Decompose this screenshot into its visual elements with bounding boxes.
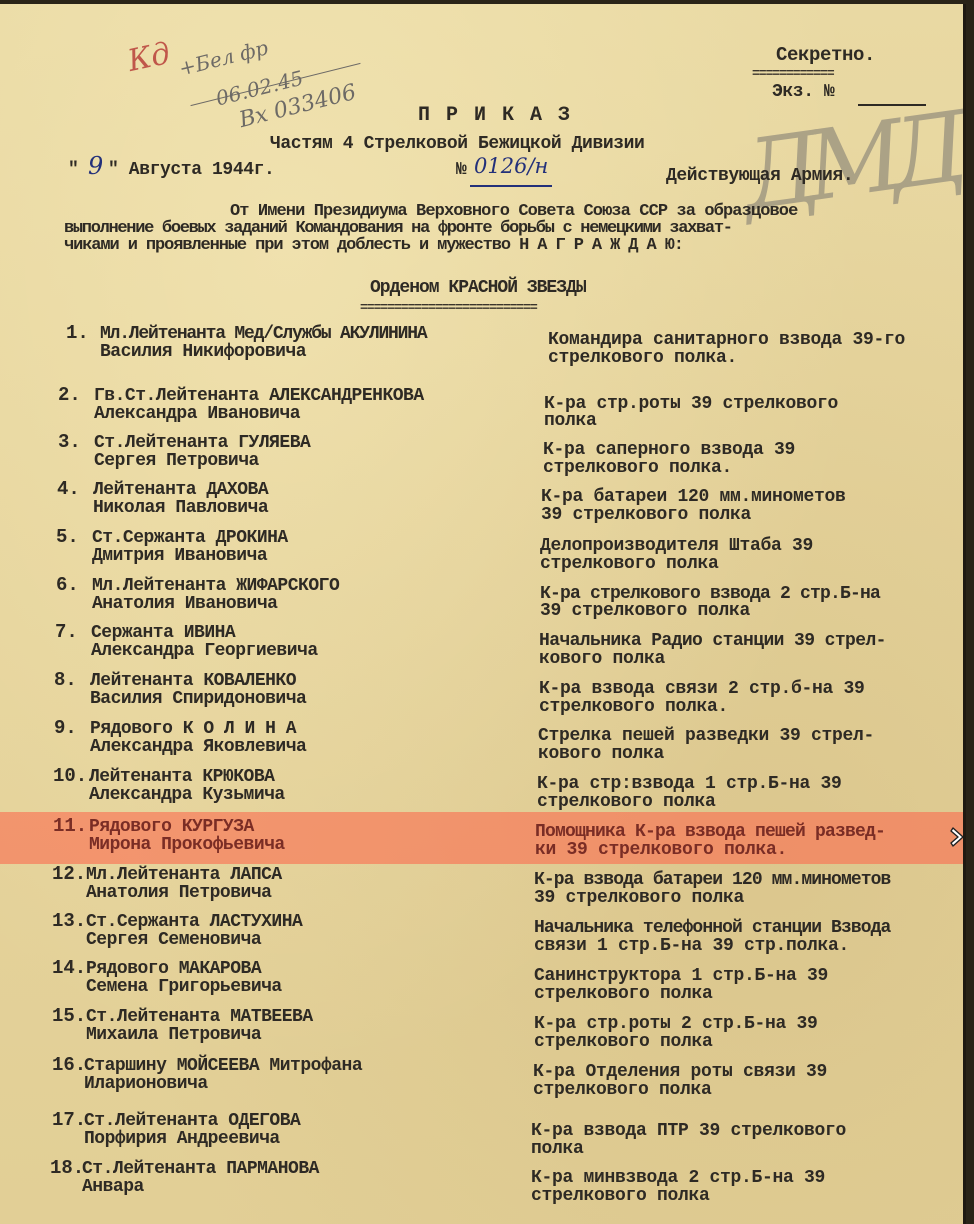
entry-position-line2: ки 39 стрелкового полка.	[535, 840, 787, 860]
entry-rank-surname: Гв.Ст.Лейтенанта АЛЕКСАНДРЕНКОВА	[94, 386, 424, 406]
entry-number: 4.	[57, 478, 80, 500]
entry-number: 15.	[52, 1005, 86, 1027]
entry-number: 13.	[52, 910, 86, 932]
location-label: Действующая Армия.	[666, 166, 853, 186]
entry-given-names: Александра Ивановича	[94, 404, 300, 424]
entry-position-line1: К-ра взвода батареи 120 мм.минометов	[534, 870, 890, 890]
entry-number: 16.	[52, 1054, 86, 1076]
entry-position-line1: К-ра стр.роты 2 стр.Б-на 39	[534, 1014, 818, 1034]
entry-rank-surname: Мл.Лейтенанта ЛАПСА	[86, 865, 282, 885]
entry-position-line2: 39 стрелкового полка	[541, 505, 751, 525]
entry-position-line2: стрелкового полка.	[548, 348, 737, 368]
entry-position-line2: кового полка	[539, 649, 665, 669]
copy-number-label: Экз. №	[772, 82, 834, 102]
entry-given-names: Александра Георгиевича	[91, 641, 318, 661]
entry-position-line1: К-ра саперного взвода 39	[543, 440, 795, 460]
entry-position-line2: связи 1 стр.Б-на 39 стр.полка.	[534, 936, 849, 956]
entry-given-names: Анатолия Ивановича	[92, 594, 277, 614]
entry-position-line1: К-ра батареи 120 мм.минометов	[541, 487, 846, 507]
entry-number: 8.	[54, 669, 77, 691]
entry-number: 6.	[56, 574, 79, 596]
award-title: Орденом КРАСНОЙ ЗВЕЗДЫ	[370, 278, 586, 298]
entry-position-line2: кового полка	[538, 744, 664, 764]
entry-rank-surname: Ст.Лейтенанта ПАРМАНОВА	[82, 1159, 319, 1179]
entry-position-line1: Начальника Радио станции 39 стрел-	[539, 631, 886, 651]
entry-position-line1: Стрелка пешей разведки 39 стрел-	[538, 726, 874, 746]
date-month-year: " Августа 1944г.	[108, 160, 274, 180]
order-number-underline	[470, 185, 552, 187]
entry-position-line1: Командира санитарного взвода 39-го	[548, 330, 905, 350]
entry-position-line2: стрелкового полка.	[543, 458, 732, 478]
entry-position-line1: Санинструктора 1 стр.Б-на 39	[534, 966, 828, 986]
entry-position-line2: стрелкового полка	[534, 1032, 713, 1052]
entry-rank-surname: Мл.Лейтенанта Мед/Службы АКУЛИНИНА	[100, 324, 426, 344]
entry-rank-surname: Лейтенанта КРЮКОВА	[89, 767, 274, 787]
entry-rank-surname: Рядового МАКАРОВА	[86, 959, 261, 979]
entry-number: 1.	[66, 322, 89, 344]
entry-position-line2: полка	[544, 411, 597, 431]
entry-rank-surname: Рядового К О Л И Н А	[90, 719, 296, 739]
date-open-quote: "	[68, 160, 78, 180]
entry-number: 2.	[58, 384, 81, 406]
classification-label: Секретно.	[776, 44, 875, 66]
entry-given-names: Порфирия Андреевича	[84, 1129, 280, 1149]
entry-rank-surname: Ст.Сержанта ЛАСТУХИНА	[86, 912, 302, 932]
entry-position-line2: стрелкового полка	[533, 1080, 712, 1100]
entry-rank-surname: Лейтенанта ДАХОВА	[93, 480, 268, 500]
entry-number: 5.	[56, 526, 79, 548]
entry-given-names: Семена Григорьевича	[86, 977, 282, 997]
chevron-right-icon[interactable]	[950, 826, 966, 848]
pencil-note-line1: +Бел фр	[176, 35, 270, 80]
entry-given-names: Василия Спиридоновича	[90, 689, 306, 709]
entry-position-line1: К-ра минвзвода 2 стр.Б-на 39	[531, 1168, 825, 1188]
entry-rank-surname: Лейтенанта КОВАЛЕНКО	[90, 671, 296, 691]
entry-position-line2: стрелкового полка	[537, 792, 716, 812]
entry-position-line1: Начальника телефонной станции Взвода	[534, 918, 890, 938]
entry-rank-surname: Ст.Лейтенанта ОДЕГОВА	[84, 1111, 300, 1131]
document-title: П Р И К А З	[418, 104, 572, 127]
entry-given-names: Анатолия Петровича	[86, 883, 271, 903]
preamble-line3: чиками и проявленные при этом доблесть и…	[64, 236, 683, 255]
entry-rank-surname: Сержанта ИВИНА	[91, 623, 235, 643]
entry-position-line1: К-ра стр:взвода 1 стр.Б-на 39	[537, 774, 842, 794]
entry-position-line1: Делопроизводителя Штаба 39	[540, 536, 813, 556]
order-number-handwritten: 0126/н	[474, 154, 548, 178]
date-day-handwritten: 9	[88, 152, 103, 180]
entry-given-names: Николая Павловича	[93, 498, 268, 518]
entry-given-names: Иларионовича	[84, 1074, 208, 1094]
entry-position-line1: К-ра взвода связи 2 стр.б-на 39	[539, 679, 865, 699]
entry-given-names: Александра Яковлевича	[90, 737, 306, 757]
entry-given-names: Александра Кузьмича	[89, 785, 285, 805]
order-number-label: №	[456, 160, 466, 180]
entry-rank-surname: Старшину МОЙСЕЕВА Митрофана	[84, 1056, 362, 1076]
award-title-underline: ==========================	[360, 300, 537, 315]
entry-rank-surname: Рядового КУРГУЗА	[89, 817, 254, 837]
entry-number: 18.	[50, 1157, 84, 1179]
entry-number: 11.	[53, 815, 87, 837]
entry-position-line2: стрелкового полка	[531, 1186, 710, 1206]
entry-position-line2: полка	[531, 1139, 584, 1159]
entry-given-names: Михаила Петровича	[86, 1025, 261, 1045]
entry-position-line2: 39 стрелкового полка	[534, 888, 744, 908]
entry-rank-surname: Ст.Лейтенанта МАТВЕЕВА	[86, 1007, 313, 1027]
entry-number: 3.	[58, 431, 81, 453]
entry-rank-surname: Ст.Лейтенанта ГУЛЯЕВА	[94, 433, 310, 453]
entry-given-names: Анвара	[82, 1177, 144, 1197]
entry-position-line1: Помощника К-ра взвода пешей развед-	[535, 822, 885, 842]
entry-position-line1: К-ра взвода ПТР 39 стрелкового	[531, 1121, 846, 1141]
archive-document-page: Кд +Бел фр 06.02.45 Вх 033406 ДМД Секрет…	[0, 4, 966, 1224]
entry-given-names: Дмитрия Ивановича	[92, 546, 267, 566]
document-subtitle: Частям 4 Стрелковой Бежицкой Дивизии	[270, 134, 644, 154]
entry-rank-surname: Ст.Сержанта ДРОКИНА	[92, 528, 288, 548]
entry-rank-surname: Мл.Лейтенанта ЖИФАРСКОГО	[92, 576, 339, 596]
entry-number: 10.	[53, 765, 87, 787]
red-handwritten-mark: Кд	[125, 36, 174, 79]
copy-number-blank	[858, 104, 926, 106]
entry-given-names: Сергея Семеновича	[86, 930, 261, 950]
entry-number: 12.	[52, 863, 86, 885]
entry-given-names: Василия Никифоровича	[100, 342, 306, 362]
entry-number: 7.	[55, 621, 78, 643]
entry-position-line2: 39 стрелкового полка	[540, 601, 750, 621]
classification-underline: ============	[752, 66, 834, 81]
entry-given-names: Мирона Прокофьевича	[89, 835, 285, 855]
entry-position-line2: стрелкового полка	[540, 554, 719, 574]
entry-position-line2: стрелкового полка	[534, 984, 713, 1004]
entry-position-line2: стрелкового полка.	[539, 697, 728, 717]
entry-number: 14.	[52, 957, 86, 979]
entry-position-line1: К-ра Отделения роты связи 39	[533, 1062, 827, 1082]
entry-number: 9.	[54, 717, 77, 739]
entry-number: 17.	[52, 1109, 86, 1131]
entry-given-names: Сергея Петровича	[94, 451, 259, 471]
